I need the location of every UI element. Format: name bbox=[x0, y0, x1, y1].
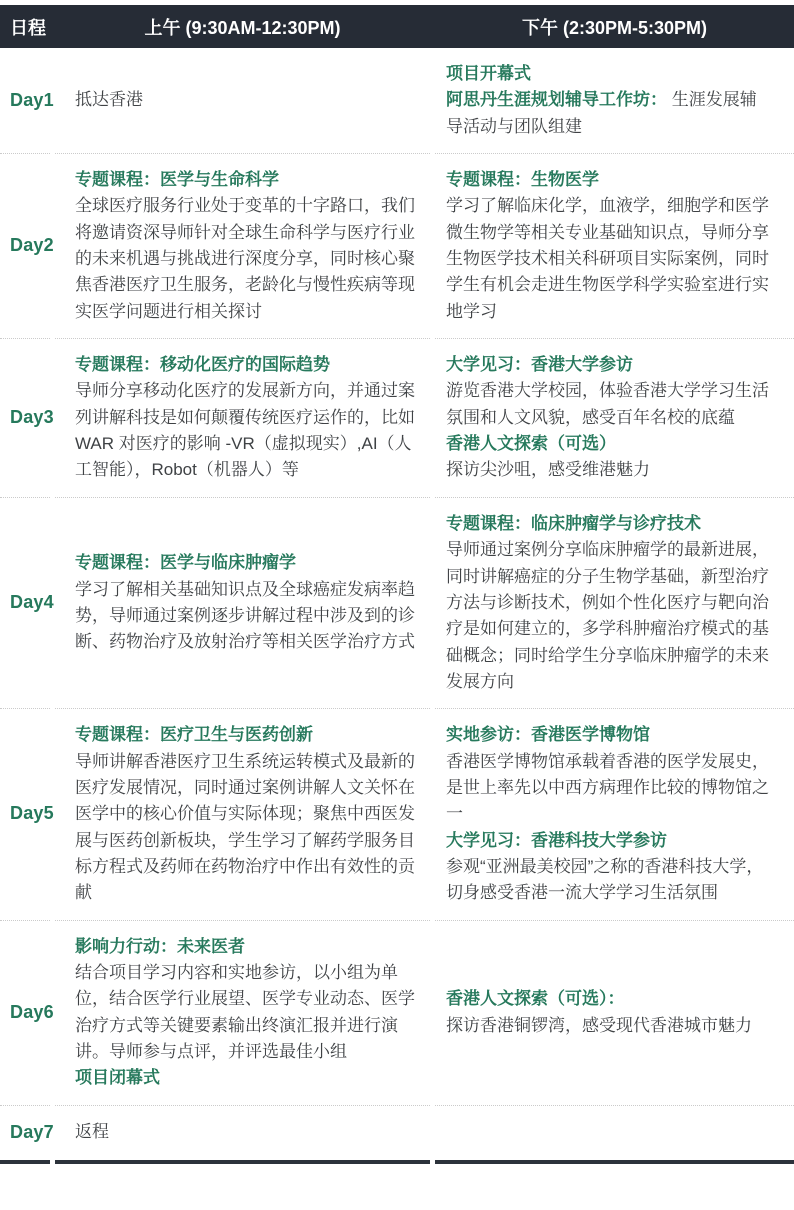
schedule-page: 日程 上午 (9:30AM-12:30PM) 下午 (2:30PM-5:30PM… bbox=[0, 0, 794, 1210]
schedule-block: 专题课程：医学与生命科学全球医疗服务行业处于变革的十字路口，我们将邀请资深导师针… bbox=[75, 167, 418, 325]
day-label: Day6 bbox=[10, 999, 50, 1027]
block-title: 香港人文探索（可选）： bbox=[446, 986, 770, 1012]
morning-cell: 抵达香港 bbox=[55, 48, 430, 154]
table-row-day7: Day7返程 bbox=[0, 1106, 794, 1164]
header-morning-column: 上午 (9:30AM-12:30PM) bbox=[55, 14, 430, 40]
day-label: Day5 bbox=[10, 800, 50, 828]
block-text: 香港医学博物馆承载着香港的医学发展史，是世上率先以中西方病理作比较的博物馆之一 bbox=[446, 749, 770, 828]
schedule-block: 专题课程：医疗卫生与医药创新导师讲解香港医疗卫生系统运转模式及最新的医疗发展情况… bbox=[75, 722, 418, 906]
block-text: 结合项目学习内容和实地参访，以小组为单位，结合医学行业展望、医学专业动态、医学治… bbox=[75, 960, 418, 1065]
morning-cell: 专题课程：医学与临床肿瘤学学习了解相关基础知识点及全球癌症发病率趋势，导师通过案… bbox=[55, 498, 430, 709]
morning-cell: 专题课程：医学与生命科学全球医疗服务行业处于变革的十字路口，我们将邀请资深导师针… bbox=[55, 154, 430, 339]
header-day-column: 日程 bbox=[0, 14, 50, 40]
table-row-day4: Day4专题课程：医学与临床肿瘤学学习了解相关基础知识点及全球癌症发病率趋势，导… bbox=[0, 498, 794, 709]
schedule-block: 香港人文探索（可选）：探访香港铜锣湾，感受现代香港城市魅力 bbox=[446, 986, 770, 1039]
day-cell: Day3 bbox=[0, 339, 50, 498]
block-text: 全球医疗服务行业处于变革的十字路口，我们将邀请资深导师针对全球生命科学与医疗行业… bbox=[75, 193, 418, 325]
day-cell: Day5 bbox=[0, 709, 50, 920]
afternoon-cell: 实地参访：香港医学博物馆香港医学博物馆承载着香港的医学发展史，是世上率先以中西方… bbox=[435, 709, 794, 920]
schedule-block: 大学见习：香港大学参访游览香港大学校园，体验香港大学学习生活氛围和人文风貌，感受… bbox=[446, 352, 770, 431]
schedule-block: 专题课程：医学与临床肿瘤学学习了解相关基础知识点及全球癌症发病率趋势，导师通过案… bbox=[75, 550, 418, 655]
day-label: Day1 bbox=[10, 87, 50, 115]
block-text: 探访尖沙咀，感受维港魅力 bbox=[446, 457, 770, 483]
day-label: Day2 bbox=[10, 232, 50, 260]
day-cell: Day7 bbox=[0, 1106, 50, 1164]
schedule-block: 抵达香港 bbox=[75, 87, 418, 113]
table-row-day2: Day2专题课程：医学与生命科学全球医疗服务行业处于变革的十字路口，我们将邀请资… bbox=[0, 154, 794, 339]
day-cell: Day1 bbox=[0, 48, 50, 154]
block-text: 导师通过案例分享临床肿瘤学的最新进展，同时讲解癌症的分子生物学基础，新型治疗方法… bbox=[446, 537, 770, 695]
block-title: 影响力行动：未来医者 bbox=[75, 934, 418, 960]
schedule-block: 专题课程：临床肿瘤学与诊疗技术导师通过案例分享临床肿瘤学的最新进展，同时讲解癌症… bbox=[446, 511, 770, 695]
day-cell: Day6 bbox=[0, 921, 50, 1106]
schedule-block: 实地参访：香港医学博物馆香港医学博物馆承载着香港的医学发展史，是世上率先以中西方… bbox=[446, 722, 770, 827]
block-title: 香港人文探索（可选） bbox=[446, 431, 770, 457]
block-text: 导师分享移动化医疗的发展新方向，并通过案列讲解科技是如何颠覆传统医疗运作的，比如… bbox=[75, 378, 418, 483]
day-cell: Day2 bbox=[0, 154, 50, 339]
morning-cell: 影响力行动：未来医者结合项目学习内容和实地参访，以小组为单位，结合医学行业展望、… bbox=[55, 921, 430, 1106]
schedule-block: 香港人文探索（可选）探访尖沙咀，感受维港魅力 bbox=[446, 431, 770, 484]
afternoon-cell: 专题课程：生物医学学习了解临床化学，血液学，细胞学和医学微生物学等相关专业基础知… bbox=[435, 154, 794, 339]
block-text: 探访香港铜锣湾，感受现代香港城市魅力 bbox=[446, 1013, 770, 1039]
block-title: 项目闭幕式 bbox=[75, 1065, 418, 1091]
schedule-block: 返程 bbox=[75, 1119, 418, 1145]
schedule-block: 影响力行动：未来医者结合项目学习内容和实地参访，以小组为单位，结合医学行业展望、… bbox=[75, 934, 418, 1066]
day-cell: Day4 bbox=[0, 498, 50, 709]
header-afternoon-column: 下午 (2:30PM-5:30PM) bbox=[435, 14, 794, 40]
block-text: 学习了解临床化学，血液学，细胞学和医学微生物学等相关专业基础知识点，导师分享生物… bbox=[446, 193, 770, 325]
block-text: 导师讲解香港医疗卫生系统运转模式及最新的医疗发展情况，同时通过案例讲解人文关怀在… bbox=[75, 749, 418, 907]
bottom-spacer bbox=[0, 1164, 794, 1210]
afternoon-cell: 大学见习：香港大学参访游览香港大学校园，体验香港大学学习生活氛围和人文风貌，感受… bbox=[435, 339, 794, 498]
block-title: 专题课程：移动化医疗的国际趋势 bbox=[75, 352, 418, 378]
afternoon-cell bbox=[435, 1106, 794, 1164]
table-row-day6: Day6影响力行动：未来医者结合项目学习内容和实地参访，以小组为单位，结合医学行… bbox=[0, 921, 794, 1106]
block-text: 返程 bbox=[75, 1119, 418, 1145]
morning-cell: 专题课程：医疗卫生与医药创新导师讲解香港医疗卫生系统运转模式及最新的医疗发展情况… bbox=[55, 709, 430, 920]
afternoon-cell: 专题课程：临床肿瘤学与诊疗技术导师通过案例分享临床肿瘤学的最新进展，同时讲解癌症… bbox=[435, 498, 794, 709]
block-title: 专题课程：临床肿瘤学与诊疗技术 bbox=[446, 511, 770, 537]
day-label: Day4 bbox=[10, 589, 50, 617]
block-title: 专题课程：医学与生命科学 bbox=[75, 167, 418, 193]
afternoon-cell: 香港人文探索（可选）：探访香港铜锣湾，感受现代香港城市魅力 bbox=[435, 921, 794, 1106]
table-row-day3: Day3专题课程：移动化医疗的国际趋势导师分享移动化医疗的发展新方向，并通过案列… bbox=[0, 339, 794, 498]
block-text: 学习了解相关基础知识点及全球癌症发病率趋势，导师通过案例逐步讲解过程中涉及到的诊… bbox=[75, 577, 418, 656]
morning-cell: 返程 bbox=[55, 1106, 430, 1164]
schedule-block: 大学见习：香港科技大学参访参观“亚洲最美校园”之称的香港科技大学，切身感受香港一… bbox=[446, 828, 770, 907]
schedule-block: 专题课程：移动化医疗的国际趋势导师分享移动化医疗的发展新方向，并通过案列讲解科技… bbox=[75, 352, 418, 484]
block-title: 专题课程：医学与临床肿瘤学 bbox=[75, 550, 418, 576]
table-row-day1: Day1抵达香港项目开幕式阿思丹生涯规划辅导工作坊： 生涯发展辅导活动与团队组建 bbox=[0, 48, 794, 154]
block-title: 专题课程：生物医学 bbox=[446, 167, 770, 193]
block-title: 大学见习：香港大学参访 bbox=[446, 352, 770, 378]
day-label: Day3 bbox=[10, 404, 50, 432]
block-title: 专题课程：医疗卫生与医药创新 bbox=[75, 722, 418, 748]
schedule-block: 阿思丹生涯规划辅导工作坊： 生涯发展辅导活动与团队组建 bbox=[446, 87, 770, 140]
schedule-block: 项目开幕式 bbox=[446, 61, 770, 87]
day-label: Day7 bbox=[10, 1119, 50, 1147]
block-title: 项目开幕式 bbox=[446, 61, 770, 87]
afternoon-cell: 项目开幕式阿思丹生涯规划辅导工作坊： 生涯发展辅导活动与团队组建 bbox=[435, 48, 794, 154]
block-title: 阿思丹生涯规划辅导工作坊： bbox=[446, 90, 667, 109]
schedule-body: Day1抵达香港项目开幕式阿思丹生涯规划辅导工作坊： 生涯发展辅导活动与团队组建… bbox=[0, 48, 794, 1164]
morning-cell: 专题课程：移动化医疗的国际趋势导师分享移动化医疗的发展新方向，并通过案列讲解科技… bbox=[55, 339, 430, 498]
schedule-header-row: 日程 上午 (9:30AM-12:30PM) 下午 (2:30PM-5:30PM… bbox=[0, 5, 794, 48]
block-title: 大学见习：香港科技大学参访 bbox=[446, 828, 770, 854]
block-text: 游览香港大学校园，体验香港大学学习生活氛围和人文风貌，感受百年名校的底蕴 bbox=[446, 378, 770, 431]
table-row-day5: Day5专题课程：医疗卫生与医药创新导师讲解香港医疗卫生系统运转模式及最新的医疗… bbox=[0, 709, 794, 920]
schedule-block: 项目闭幕式 bbox=[75, 1065, 418, 1091]
block-text: 抵达香港 bbox=[75, 87, 418, 113]
block-text: 参观“亚洲最美校园”之称的香港科技大学，切身感受香港一流大学学习生活氛围 bbox=[446, 854, 770, 907]
schedule-block: 专题课程：生物医学学习了解临床化学，血液学，细胞学和医学微生物学等相关专业基础知… bbox=[446, 167, 770, 325]
block-title: 实地参访：香港医学博物馆 bbox=[446, 722, 770, 748]
